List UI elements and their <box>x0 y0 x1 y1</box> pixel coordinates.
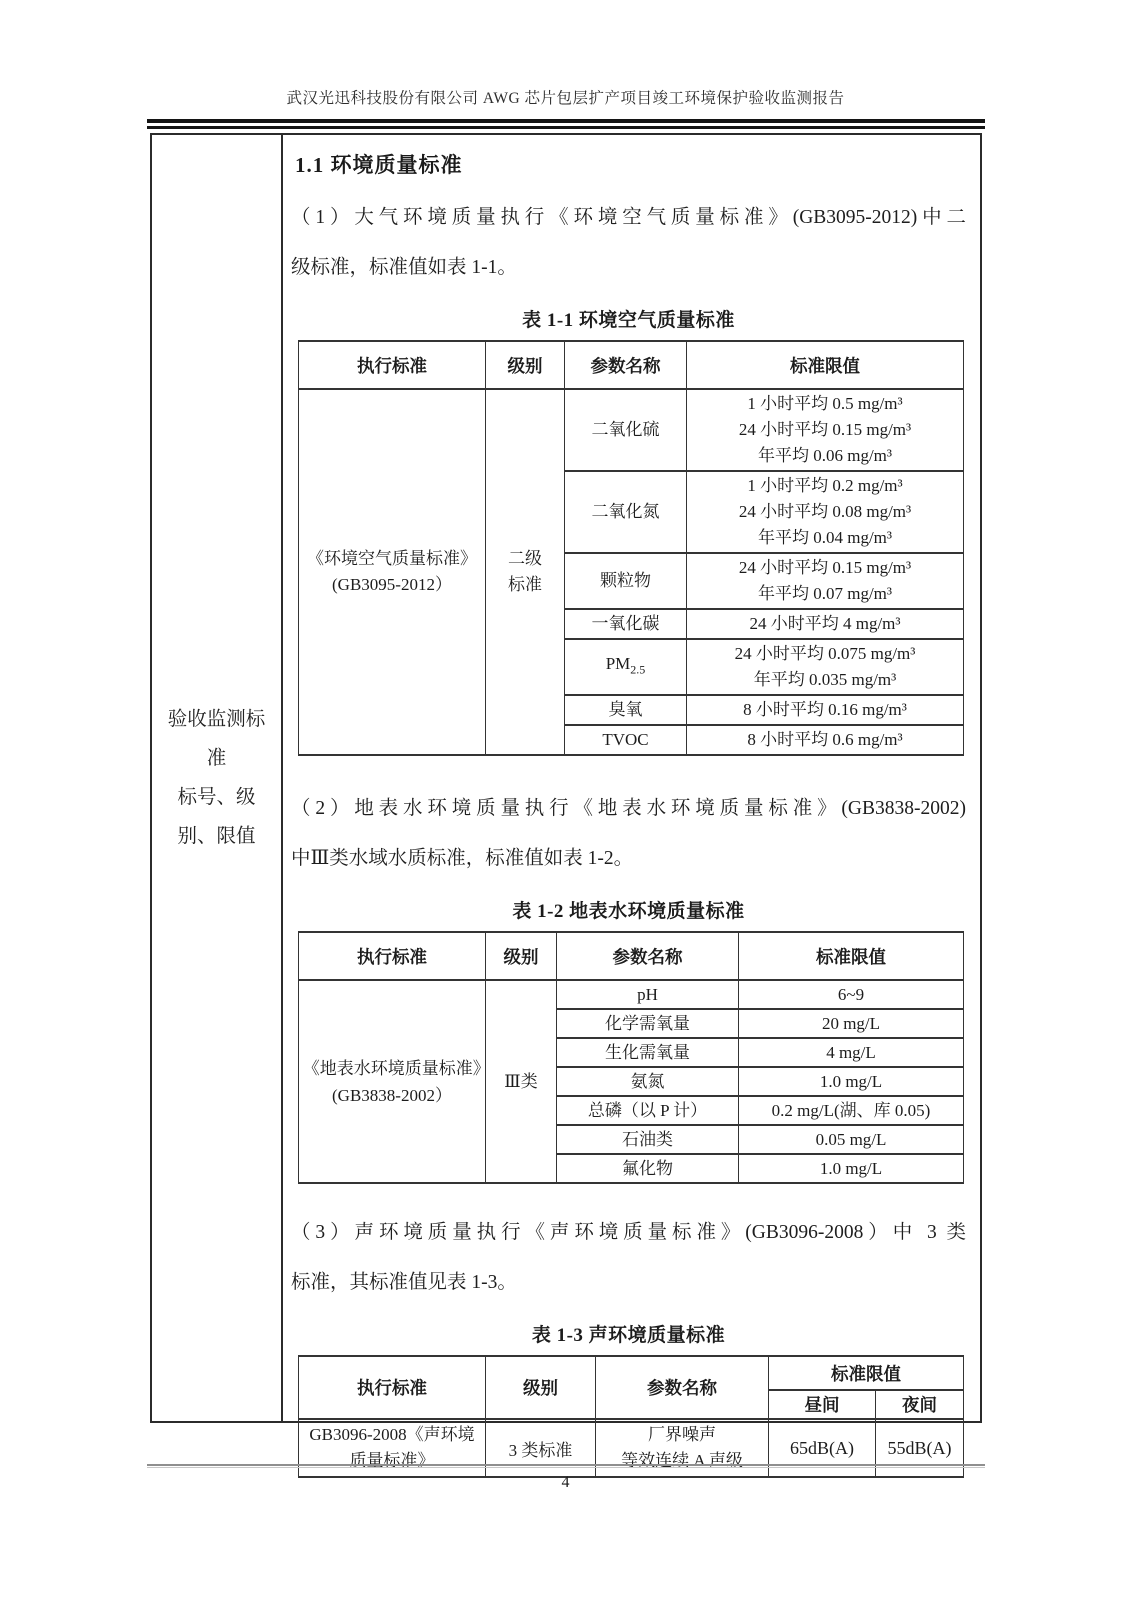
column-header-param: 参数名称 <box>557 932 739 980</box>
param-cell: 总磷（以 P 计） <box>557 1096 739 1125</box>
param-cell: 石油类 <box>557 1125 739 1154</box>
document-header-title: 武汉光迅科技股份有限公司 AWG 芯片包层扩产项目竣工环境保护验收监测报告 <box>0 86 1131 108</box>
column-header-level: 级别 <box>486 1356 596 1419</box>
table-header-row: 执行标准 级别 参数名称 标准限值 <box>299 1356 964 1390</box>
day-limit-cell: 65dB(A) <box>769 1419 876 1477</box>
limit-cell: 1 小时平均 0.5 mg/m³ 24 小时平均 0.15 mg/m³ 年平均 … <box>687 389 964 471</box>
section-heading: 1.1 环境质量标准 <box>295 149 966 179</box>
param-cell: 生化需氧量 <box>557 1038 739 1067</box>
column-header-limit: 标准限值 <box>687 341 964 389</box>
limit-line: 年平均 0.06 mg/m³ <box>689 443 961 469</box>
limit-line: 年平均 0.04 mg/m³ <box>689 525 961 551</box>
param-cell: TVOC <box>565 725 687 755</box>
limit-cell: 1.0 mg/L <box>739 1067 964 1096</box>
limit-cell: 6~9 <box>739 980 964 1009</box>
limit-line: 1 小时平均 0.5 mg/m³ <box>689 391 961 417</box>
paragraph-line: 中Ⅲ类水域水质标准，标准值如表 1-2。 <box>291 834 966 884</box>
limit-line: 24 小时平均 0.075 mg/m³ <box>689 641 961 667</box>
limit-cell: 0.05 mg/L <box>739 1125 964 1154</box>
paragraph-noise: （3）声环境质量执行《声环境质量标准》(GB3096-2008）中 3 类 标准… <box>291 1208 966 1308</box>
column-header-standard: 执行标准 <box>299 1356 486 1419</box>
limit-cell: 4 mg/L <box>739 1038 964 1067</box>
table2-title: 表 1-2 地表水环境质量标准 <box>291 896 966 923</box>
pm-label: PM <box>606 654 631 673</box>
limit-line: 24 小时平均 4 mg/m³ <box>689 611 961 637</box>
column-header-level: 级别 <box>486 341 565 389</box>
night-limit-cell: 55dB(A) <box>876 1419 964 1477</box>
limit-cell: 24 小时平均 0.075 mg/m³ 年平均 0.035 mg/m³ <box>687 639 964 695</box>
paragraph-line: 级标准，标准值如表 1-1。 <box>291 243 966 293</box>
limit-cell: 1.0 mg/L <box>739 1154 964 1183</box>
param-cell: pH <box>557 980 739 1009</box>
column-header-standard: 执行标准 <box>299 932 486 980</box>
paragraph-line: （1）大气环境质量执行《环境空气质量标准》(GB3095-2012)中二 <box>291 193 966 243</box>
table-row: GB3096-2008《声环境质量标准》 3 类标准 厂界噪声 等效连续 A 声… <box>299 1419 964 1477</box>
column-header-param: 参数名称 <box>565 341 687 389</box>
footer-rule <box>147 1464 985 1468</box>
standard-cell: 《地表水环境质量标准》(GB3838-2002） <box>299 980 486 1183</box>
param-cell: 氟化物 <box>557 1154 739 1183</box>
limit-cell: 1 小时平均 0.2 mg/m³ 24 小时平均 0.08 mg/m³ 年平均 … <box>687 471 964 553</box>
paragraph-line: （2）地表水环境质量执行《地表水环境质量标准》(GB3838-2002) <box>291 784 966 834</box>
column-header-limit: 标准限值 <box>769 1356 964 1390</box>
column-header-day: 昼间 <box>769 1390 876 1419</box>
sidebar-label: 验收监测标准 标号、级别、限值 <box>164 700 270 856</box>
sidebar-cell: 验收监测标准 标号、级别、限值 <box>152 135 283 1421</box>
page-number: 4 <box>0 1474 1131 1492</box>
report-page: 武汉光迅科技股份有限公司 AWG 芯片包层扩产项目竣工环境保护验收监测报告 验收… <box>0 0 1131 1600</box>
level-cell: Ⅲ类 <box>486 980 557 1183</box>
limit-line: 8 小时平均 0.6 mg/m³ <box>689 727 961 753</box>
table3-title: 表 1-3 声环境质量标准 <box>291 1320 966 1347</box>
standard-cell: 《环境空气质量标准》(GB3095-2012） <box>299 389 486 755</box>
limit-line: 年平均 0.07 mg/m³ <box>689 581 961 607</box>
column-header-param: 参数名称 <box>596 1356 769 1419</box>
standard-cell: GB3096-2008《声环境质量标准》 <box>299 1419 486 1477</box>
param-cell: 一氧化碳 <box>565 609 687 639</box>
param-cell: 二氧化氮 <box>565 471 687 553</box>
sidebar-label-line1: 验收监测标准 <box>164 700 270 778</box>
table-header-row: 执行标准 级别 参数名称 标准限值 <box>299 932 964 980</box>
column-header-standard: 执行标准 <box>299 341 486 389</box>
param-cell: 颗粒物 <box>565 553 687 609</box>
limit-cell: 24 小时平均 4 mg/m³ <box>687 609 964 639</box>
limit-line: 1 小时平均 0.2 mg/m³ <box>689 473 961 499</box>
limit-line: 24 小时平均 0.15 mg/m³ <box>689 417 961 443</box>
paragraph-water: （2）地表水环境质量执行《地表水环境质量标准》(GB3838-2002) 中Ⅲ类… <box>291 784 966 884</box>
table-row: 《地表水环境质量标准》(GB3838-2002） Ⅲ类 pH 6~9 <box>299 980 964 1009</box>
pm-subscript: 2.5 <box>630 663 645 677</box>
param-cell: PM2.5 <box>565 639 687 695</box>
limit-cell: 8 小时平均 0.6 mg/m³ <box>687 725 964 755</box>
limit-cell: 8 小时平均 0.16 mg/m³ <box>687 695 964 725</box>
param-cell: 氨氮 <box>557 1067 739 1096</box>
limit-cell: 20 mg/L <box>739 1009 964 1038</box>
column-header-limit: 标准限值 <box>739 932 964 980</box>
level-cell: 二级标准 <box>486 389 565 755</box>
limit-line: 24 小时平均 0.15 mg/m³ <box>689 555 961 581</box>
column-header-night: 夜间 <box>876 1390 964 1419</box>
table1-title: 表 1-1 环境空气质量标准 <box>291 305 966 332</box>
level-cell: 3 类标准 <box>486 1419 596 1477</box>
surface-water-table: 执行标准 级别 参数名称 标准限值 《地表水环境质量标准》(GB3838-200… <box>298 931 964 1184</box>
sidebar-label-line2: 标号、级别、限值 <box>164 778 270 856</box>
limit-line: 年平均 0.035 mg/m³ <box>689 667 961 693</box>
limit-cell: 0.2 mg/L(湖、库 0.05) <box>739 1096 964 1125</box>
paragraph-air: （1）大气环境质量执行《环境空气质量标准》(GB3095-2012)中二 级标准… <box>291 193 966 293</box>
table-header-row: 执行标准 级别 参数名称 标准限值 <box>299 341 964 389</box>
param-line: 厂界噪声 <box>598 1422 766 1448</box>
paragraph-line: 标准，其标准值见表 1-3。 <box>291 1258 966 1308</box>
paragraph-line: （3）声环境质量执行《声环境质量标准》(GB3096-2008）中 3 类 <box>291 1208 966 1258</box>
param-line: 等效连续 A 声级 <box>598 1448 766 1474</box>
air-quality-table: 执行标准 级别 参数名称 标准限值 《环境空气质量标准》(GB3095-2012… <box>298 340 964 756</box>
level-text: 二级标准 <box>505 546 546 598</box>
param-cell: 臭氧 <box>565 695 687 725</box>
limit-line: 8 小时平均 0.16 mg/m³ <box>689 697 961 723</box>
limit-cell: 24 小时平均 0.15 mg/m³ 年平均 0.07 mg/m³ <box>687 553 964 609</box>
table-row: 《环境空气质量标准》(GB3095-2012） 二级标准 二氧化硫 1 小时平均… <box>299 389 964 471</box>
param-cell: 厂界噪声 等效连续 A 声级 <box>596 1419 769 1477</box>
outer-frame-table: 验收监测标准 标号、级别、限值 1.1 环境质量标准 （1）大气环境质量执行《环… <box>150 133 982 1423</box>
limit-line: 24 小时平均 0.08 mg/m³ <box>689 499 961 525</box>
param-cell: 化学需氧量 <box>557 1009 739 1038</box>
content-cell: 1.1 环境质量标准 （1）大气环境质量执行《环境空气质量标准》(GB3095-… <box>283 135 980 1421</box>
header-double-rule <box>147 119 985 129</box>
column-header-level: 级别 <box>486 932 557 980</box>
noise-standard-table: 执行标准 级别 参数名称 标准限值 昼间 夜间 GB3096-2008《声环境质… <box>298 1355 964 1478</box>
param-cell: 二氧化硫 <box>565 389 687 471</box>
